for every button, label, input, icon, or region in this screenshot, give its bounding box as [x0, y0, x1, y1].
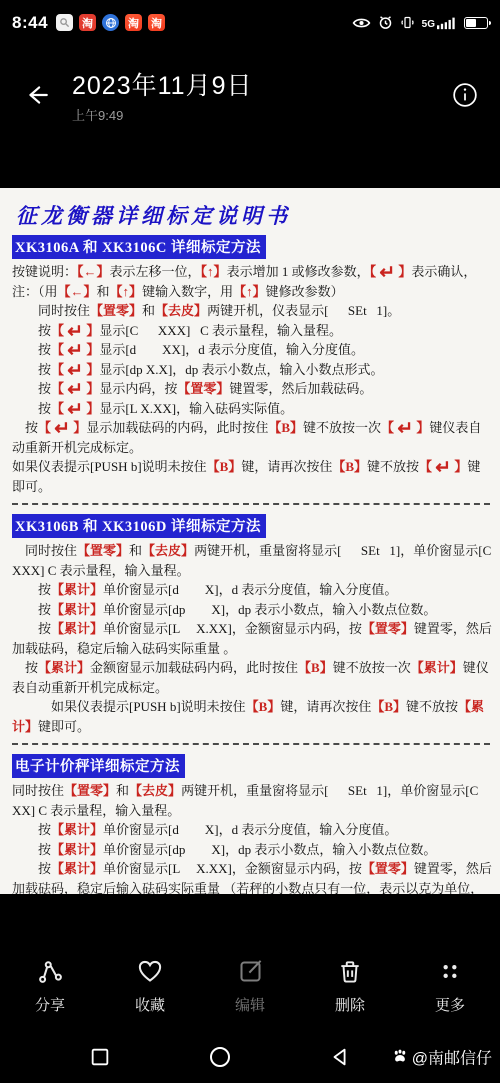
- document-paragraph: 同时按住【置零】和【去皮】两键开机，重量窗将显示[ SEt 1]，单价窗显示[C…: [12, 781, 492, 820]
- more-label-delete: 删除: [335, 994, 365, 1015]
- shop-app-icon-1: 淘: [125, 14, 142, 31]
- signal-icon: 5G: [422, 16, 457, 30]
- clock-text: 8:44: [12, 13, 48, 33]
- status-bar-right: 5G: [352, 15, 488, 30]
- photo-date-title: 2023年11月9日: [72, 66, 450, 102]
- info-icon: [452, 82, 478, 108]
- favorite-button[interactable]: 收藏: [115, 958, 185, 1015]
- photo-time-subtitle: 上午9:49: [72, 105, 450, 124]
- battery-fill: [466, 19, 476, 27]
- document-paragraph: 按【累计】单价窗显示[dp X]，dp 表示小数点，输入小数点位数。: [12, 600, 492, 620]
- photo-document[interactable]: 征龙衡器详细标定说明书 XK3106A 和 XK3106C 详细标定方法按键说明…: [0, 188, 500, 894]
- watermark: @南邮信仔: [391, 1045, 492, 1068]
- taobao-app-icon: 淘: [79, 14, 96, 31]
- search-app-icon: [56, 14, 73, 31]
- section-divider: [12, 743, 490, 745]
- document-paragraph: 按【累计】金额窗显示加载砝码内码，此时按住【B】键不放按一次【累计】键仪表自动重…: [12, 658, 492, 697]
- section-heading: 电子计价秤详细标定方法: [12, 754, 185, 778]
- favorite-label: 收藏: [135, 994, 165, 1015]
- trash-icon: [337, 958, 363, 985]
- recents-square-icon: [89, 1046, 111, 1068]
- document-paragraph: 按【累计】单价窗显示[L X.XX]，金额窗显示内码，按【置零】键置零，然后加载…: [12, 859, 492, 894]
- nav-buttons: [60, 1030, 380, 1083]
- document-paragraph: 按【累计】单价窗显示[d X]，d 表示分度值，输入分度值。: [12, 820, 492, 840]
- info-button[interactable]: [450, 80, 480, 110]
- battery-icon: [464, 17, 488, 29]
- document-paragraph: 按键说明：【←】表示左移一位，【↑】表示增加 1 或修改参数，【 ↵ 】表示确认…: [12, 262, 492, 282]
- share-label: 分享: [35, 994, 65, 1015]
- android-nav-bar: @南邮信仔: [0, 1030, 500, 1083]
- document-paragraph: 同时按住【置零】和【去皮】两键开机，仪表显示[ SEt 1]。: [12, 301, 492, 321]
- network-type-label: 5G: [422, 20, 435, 30]
- vibrate-icon: [400, 15, 415, 30]
- document-paragraph: 按【 ↵ 】显示[dp X.X]，dp 表示小数点，输入小数点形式。: [12, 360, 492, 380]
- shop-app-icon-2: 淘: [148, 14, 165, 31]
- document-title: 征龙衡器详细标定说明书: [16, 200, 492, 230]
- more-dots-icon: [437, 958, 463, 985]
- status-bar-left: 8:44 淘 淘 淘: [12, 13, 165, 33]
- screenshot-root: 8:44 淘 淘 淘 5G: [0, 0, 500, 1083]
- share-button[interactable]: 分享: [15, 958, 85, 1015]
- more-button[interactable]: 更多: [415, 958, 485, 1015]
- recents-button[interactable]: [80, 1037, 120, 1077]
- back-button[interactable]: [20, 78, 54, 112]
- section-heading: XK3106A 和 XK3106C 详细标定方法: [12, 235, 266, 259]
- photo-header: 2023年11月9日 上午9:49: [0, 45, 500, 145]
- document-paragraph: 注：（用【←】和【↑】键输入数字，用【↑】键修改参数）: [12, 282, 492, 302]
- alarm-icon: [378, 15, 393, 30]
- photo-title-block: 2023年11月9日 上午9:49: [72, 66, 450, 124]
- document-sections: XK3106A 和 XK3106C 详细标定方法按键说明：【←】表示左移一位，【…: [12, 234, 492, 894]
- document-paragraph: 按【累计】单价窗显示[d X]，d 表示分度值，输入分度值。: [12, 580, 492, 600]
- home-circle-icon: [208, 1045, 232, 1069]
- share-icon: [37, 958, 64, 985]
- more-label: 更多: [435, 994, 465, 1015]
- browser-app-icon: [102, 14, 119, 31]
- document-paragraph: 按【 ↵ 】显示[C XXX] C 表示量程，输入量程。: [12, 321, 492, 341]
- document-paragraph: 如果仪表提示[PUSH b]说明未按住【B】键，请再次按住【B】键不放按【累计】…: [12, 697, 492, 736]
- document-paragraph: 按【 ↵ 】显示加载砝码的内码，此时按住【B】键不放按一次【 ↵ 】键仪表自动重…: [12, 418, 492, 457]
- paw-icon: [391, 1048, 409, 1066]
- delete-button[interactable]: 删除: [315, 958, 385, 1015]
- document-paragraph: 如果仪表提示[PUSH b]说明未按住【B】键，请再次按住【B】键不放按【 ↵ …: [12, 457, 492, 496]
- edit-button[interactable]: 编辑: [215, 958, 285, 1015]
- document-paragraph: 同时按住【置零】和【去皮】两键开机，重量窗将显示[ SEt 1]，单价窗显示[C…: [12, 541, 492, 580]
- home-button[interactable]: [200, 1037, 240, 1077]
- back-triangle-icon: [329, 1046, 351, 1068]
- edit-label: 编辑: [235, 994, 265, 1015]
- document-paragraph: 按【 ↵ 】显示内码，按【置零】键置零，然后加载砝码。: [12, 379, 492, 399]
- bottom-toolbar: 分享 收藏 编辑 删除 更多: [0, 942, 500, 1030]
- heart-icon: [136, 958, 164, 985]
- status-bar: 8:44 淘 淘 淘 5G: [0, 0, 500, 45]
- back-nav-button[interactable]: [320, 1037, 360, 1077]
- document-paragraph: 按【 ↵ 】显示[d XX]，d 表示分度值，输入分度值。: [12, 340, 492, 360]
- edit-icon: [237, 958, 264, 985]
- back-arrow-icon: [24, 82, 50, 108]
- document-paragraph: 按【 ↵ 】显示[L X.XX]，输入砝码实际值。: [12, 399, 492, 419]
- section-divider: [12, 503, 490, 505]
- eye-comfort-icon: [352, 16, 371, 30]
- document-paragraph: 按【累计】单价窗显示[L X.XX]，金额窗显示内码，按【置零】键置零，然后加载…: [12, 619, 492, 658]
- document-paragraph: 按【累计】单价窗显示[dp X]，dp 表示小数点，输入小数点位数。: [12, 840, 492, 860]
- watermark-text: @南邮信仔: [412, 1045, 492, 1068]
- section-heading: XK3106B 和 XK3106D 详细标定方法: [12, 514, 266, 538]
